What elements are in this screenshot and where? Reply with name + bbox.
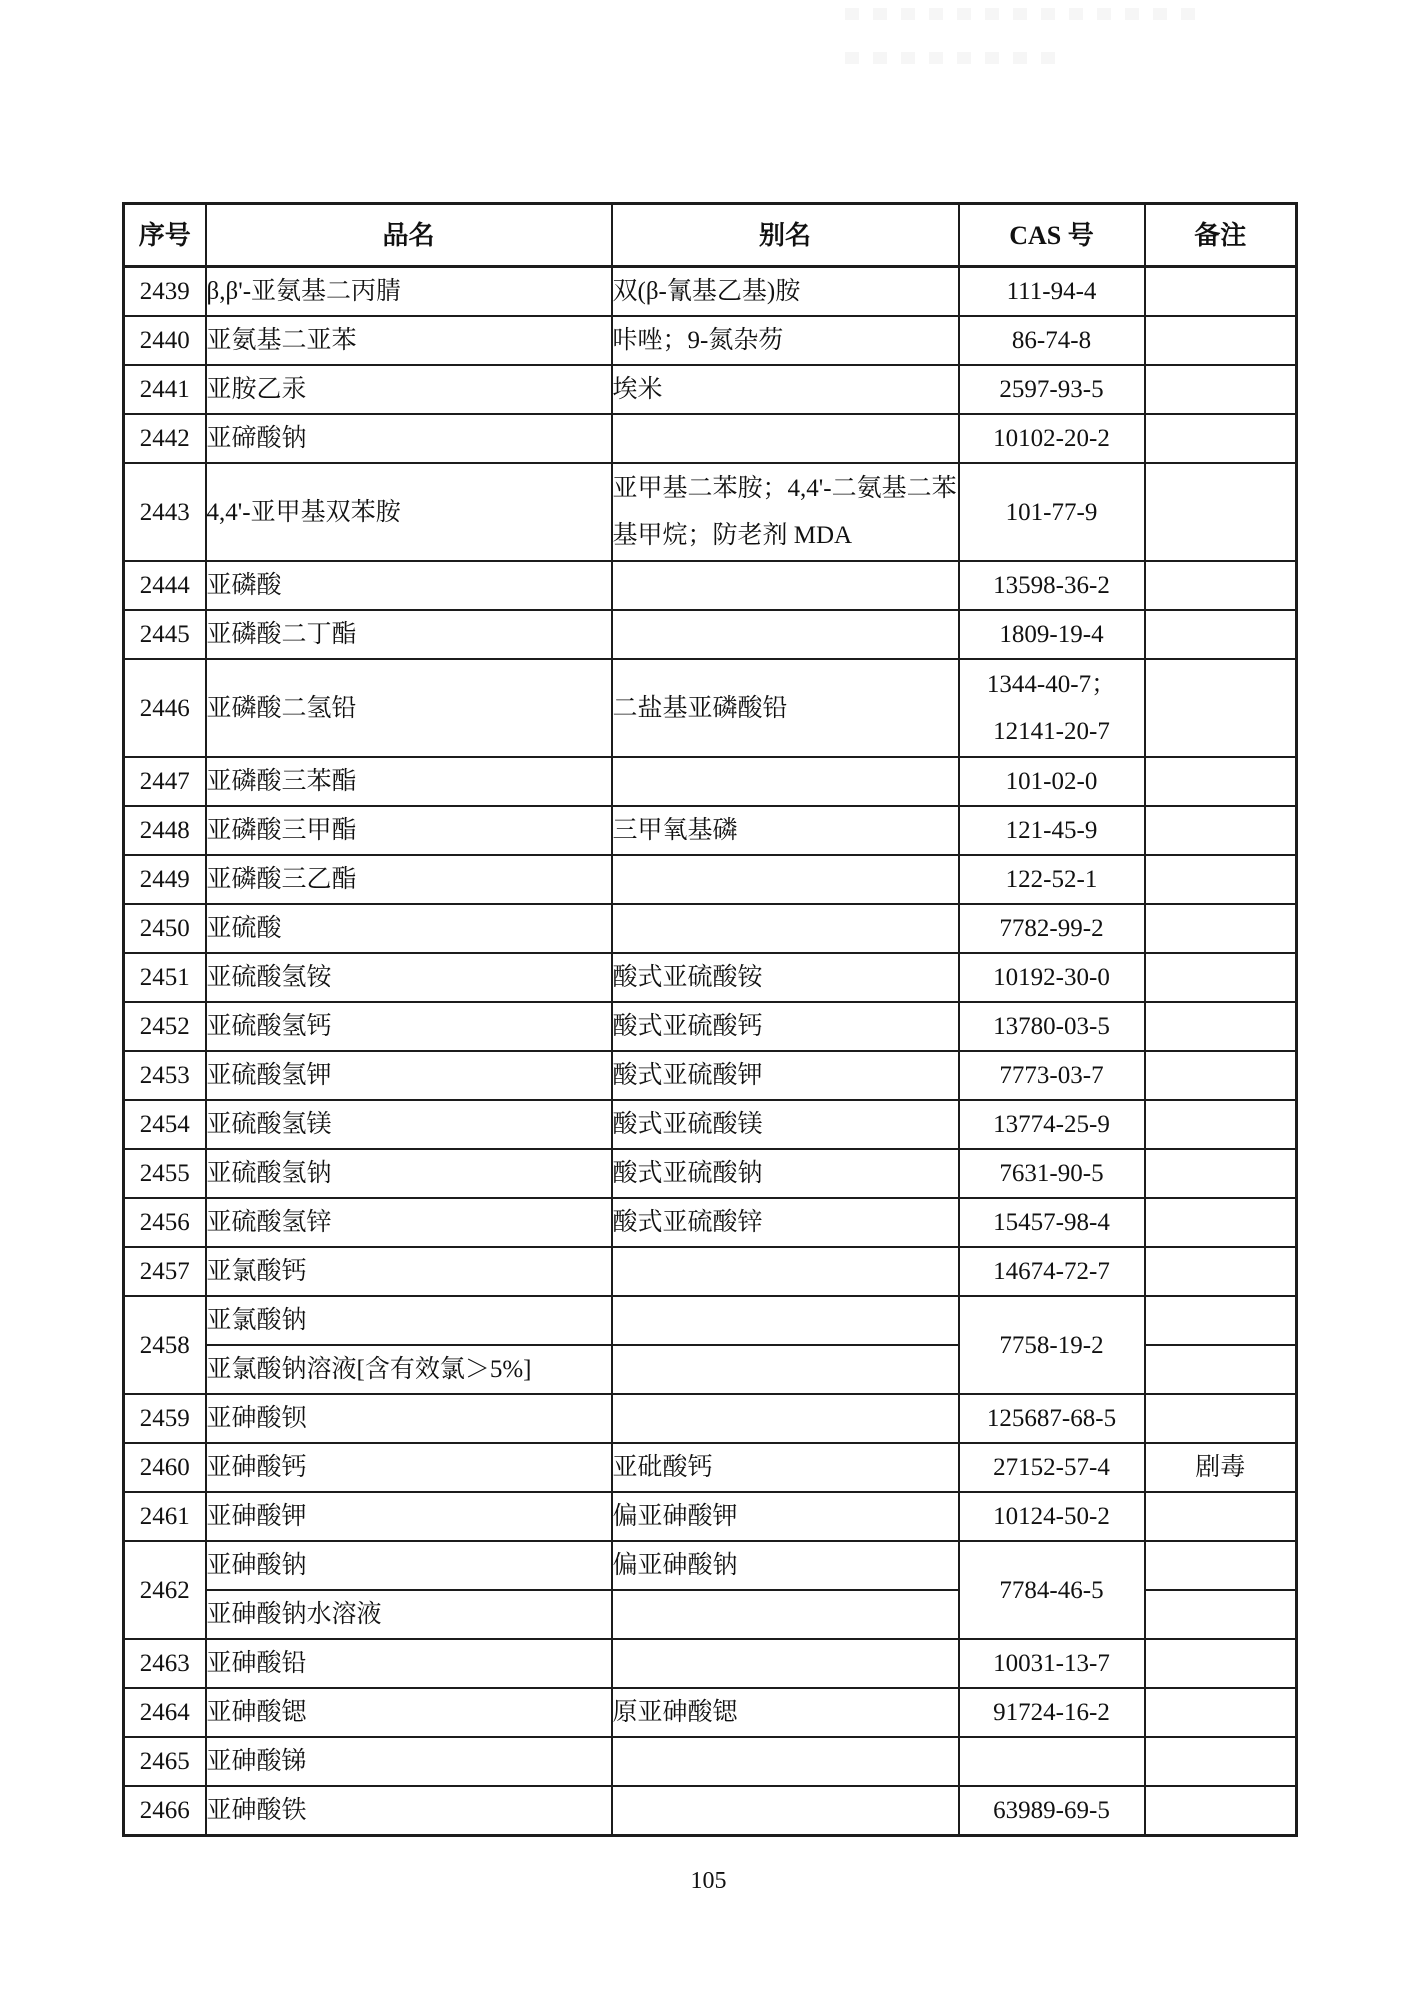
cell-alias [612, 1786, 959, 1836]
cell-alias [612, 1590, 959, 1639]
table-row: 2441亚胺乙汞埃米2597-93-5 [124, 365, 1297, 414]
faint-watermark [845, 8, 1215, 64]
table-row: 2450亚硫酸7782-99-2 [124, 904, 1297, 953]
cell-no: 2455 [124, 1149, 206, 1198]
cell-no: 2462 [124, 1541, 206, 1639]
cell-name: 亚磷酸三苯酯 [206, 757, 612, 806]
header-cell-cas: CAS 号 [959, 204, 1145, 267]
cell-alias: 双(β-氰基乙基)胺 [612, 267, 959, 317]
cell-cas: 86-74-8 [959, 316, 1145, 365]
cell-alias [612, 1639, 959, 1688]
cell-alias [612, 904, 959, 953]
cell-name: β,β'-亚氨基二丙腈 [206, 267, 612, 317]
page-number: 105 [122, 1868, 1295, 1895]
cell-name: 亚砷酸钙 [206, 1443, 612, 1492]
table-row: 2442亚碲酸钠10102-20-2 [124, 414, 1297, 463]
cell-no: 2457 [124, 1247, 206, 1296]
table-row: 2456亚硫酸氢锌酸式亚硫酸锌15457-98-4 [124, 1198, 1297, 1247]
table-row: 24434,4'-亚甲基双苯胺亚甲基二苯胺；4,4'-二氨基二苯 基甲烷；防老剂… [124, 463, 1297, 561]
cell-no: 2441 [124, 365, 206, 414]
cell-note [1145, 757, 1297, 806]
cell-alias [612, 855, 959, 904]
cell-alias: 亚砒酸钙 [612, 1443, 959, 1492]
cell-no: 2443 [124, 463, 206, 561]
table-row: 2459亚砷酸钡125687-68-5 [124, 1394, 1297, 1443]
cell-cas: 1344-40-7； 12141-20-7 [959, 659, 1145, 757]
cell-cas: 125687-68-5 [959, 1394, 1145, 1443]
table-row: 2449亚磷酸三乙酯122-52-1 [124, 855, 1297, 904]
cell-note [1145, 659, 1297, 757]
table-row: 2464亚砷酸锶原亚砷酸锶91724-16-2 [124, 1688, 1297, 1737]
cell-note [1145, 1296, 1297, 1345]
cell-note [1145, 1149, 1297, 1198]
cell-alias [612, 561, 959, 610]
cell-name: 亚氯酸钠溶液[含有效氯＞5%] [206, 1345, 612, 1394]
cell-note [1145, 1541, 1297, 1590]
cell-note [1145, 365, 1297, 414]
table-row: 2451亚硫酸氢铵酸式亚硫酸铵10192-30-0 [124, 953, 1297, 1002]
cell-alias: 原亚砷酸锶 [612, 1688, 959, 1737]
cell-no: 2439 [124, 267, 206, 317]
cell-no: 2465 [124, 1737, 206, 1786]
table-row: 2452亚硫酸氢钙酸式亚硫酸钙13780-03-5 [124, 1002, 1297, 1051]
table-row: 2460亚砷酸钙亚砒酸钙27152-57-4剧毒 [124, 1443, 1297, 1492]
header-cell-name: 品名 [206, 204, 612, 267]
cell-cas: 101-77-9 [959, 463, 1145, 561]
cell-alias: 亚甲基二苯胺；4,4'-二氨基二苯 基甲烷；防老剂 MDA [612, 463, 959, 561]
cell-alias [612, 1296, 959, 1345]
header-cell-alias: 别名 [612, 204, 959, 267]
cell-no: 2451 [124, 953, 206, 1002]
cell-name: 亚砷酸钡 [206, 1394, 612, 1443]
table-row: 2458亚氯酸钠7758-19-2 [124, 1296, 1297, 1345]
header-row: 序号品名别名CAS 号备注 [124, 204, 1297, 267]
cell-cas: 10124-50-2 [959, 1492, 1145, 1541]
cell-note [1145, 806, 1297, 855]
cell-alias: 三甲氧基磷 [612, 806, 959, 855]
cell-no: 2446 [124, 659, 206, 757]
cell-alias: 埃米 [612, 365, 959, 414]
document-page: 序号品名别名CAS 号备注 2439β,β'-亚氨基二丙腈双(β-氰基乙基)胺1… [0, 0, 1413, 2000]
cell-note [1145, 316, 1297, 365]
cell-cas: 122-52-1 [959, 855, 1145, 904]
chemicals-table: 序号品名别名CAS 号备注 2439β,β'-亚氨基二丙腈双(β-氰基乙基)胺1… [122, 202, 1298, 1837]
table-row: 2447亚磷酸三苯酯101-02-0 [124, 757, 1297, 806]
cell-no: 2440 [124, 316, 206, 365]
table-row: 2462亚砷酸钠偏亚砷酸钠7784-46-5 [124, 1541, 1297, 1590]
cell-note [1145, 904, 1297, 953]
cell-name: 亚硫酸氢镁 [206, 1100, 612, 1149]
cell-note [1145, 855, 1297, 904]
cell-no: 2452 [124, 1002, 206, 1051]
cell-cas: 14674-72-7 [959, 1247, 1145, 1296]
cell-name: 亚砷酸锶 [206, 1688, 612, 1737]
cell-no: 2450 [124, 904, 206, 953]
cell-cas: 13780-03-5 [959, 1002, 1145, 1051]
cell-name: 亚硫酸氢钙 [206, 1002, 612, 1051]
cell-cas: 111-94-4 [959, 267, 1145, 317]
cell-no: 2453 [124, 1051, 206, 1100]
cell-cas: 91724-16-2 [959, 1688, 1145, 1737]
cell-note [1145, 1639, 1297, 1688]
cell-no: 2458 [124, 1296, 206, 1394]
cell-note [1145, 1492, 1297, 1541]
table-row: 2448亚磷酸三甲酯三甲氧基磷121-45-9 [124, 806, 1297, 855]
table-row: 2440亚氨基二亚苯咔唑；9-氮杂芴86-74-8 [124, 316, 1297, 365]
cell-cas: 13774-25-9 [959, 1100, 1145, 1149]
cell-no: 2449 [124, 855, 206, 904]
cell-no: 2459 [124, 1394, 206, 1443]
cell-note [1145, 1688, 1297, 1737]
cell-alias: 酸式亚硫酸锌 [612, 1198, 959, 1247]
cell-note [1145, 1198, 1297, 1247]
cell-cas: 15457-98-4 [959, 1198, 1145, 1247]
cell-no: 2448 [124, 806, 206, 855]
cell-no: 2445 [124, 610, 206, 659]
cell-name: 亚氯酸钠 [206, 1296, 612, 1345]
cell-name: 亚胺乙汞 [206, 365, 612, 414]
cell-alias [612, 414, 959, 463]
cell-cas [959, 1737, 1145, 1786]
table-row: 2466亚砷酸铁63989-69-5 [124, 1786, 1297, 1836]
cell-note [1145, 1394, 1297, 1443]
cell-cas: 2597-93-5 [959, 365, 1145, 414]
cell-no: 2460 [124, 1443, 206, 1492]
cell-cas: 7758-19-2 [959, 1296, 1145, 1394]
cell-cas: 10192-30-0 [959, 953, 1145, 1002]
cell-name: 4,4'-亚甲基双苯胺 [206, 463, 612, 561]
cell-cas: 10102-20-2 [959, 414, 1145, 463]
cell-alias: 酸式亚硫酸钠 [612, 1149, 959, 1198]
table-row: 2455亚硫酸氢钠酸式亚硫酸钠7631-90-5 [124, 1149, 1297, 1198]
header-cell-note: 备注 [1145, 204, 1297, 267]
cell-name: 亚硫酸氢锌 [206, 1198, 612, 1247]
cell-alias [612, 1737, 959, 1786]
cell-cas: 7784-46-5 [959, 1541, 1145, 1639]
cell-cas: 7773-03-7 [959, 1051, 1145, 1100]
cell-no: 2442 [124, 414, 206, 463]
cell-name: 亚磷酸二丁酯 [206, 610, 612, 659]
cell-name: 亚氯酸钙 [206, 1247, 612, 1296]
cell-name: 亚氨基二亚苯 [206, 316, 612, 365]
table-header: 序号品名别名CAS 号备注 [124, 204, 1297, 267]
cell-name: 亚砷酸锑 [206, 1737, 612, 1786]
cell-name: 亚硫酸氢钾 [206, 1051, 612, 1100]
cell-name: 亚砷酸铅 [206, 1639, 612, 1688]
cell-cas: 63989-69-5 [959, 1786, 1145, 1836]
cell-name: 亚砷酸钠 [206, 1541, 612, 1590]
cell-no: 2444 [124, 561, 206, 610]
cell-alias [612, 757, 959, 806]
cell-name: 亚砷酸钾 [206, 1492, 612, 1541]
cell-note: 剧毒 [1145, 1443, 1297, 1492]
table-row: 2465亚砷酸锑 [124, 1737, 1297, 1786]
cell-name: 亚硫酸氢钠 [206, 1149, 612, 1198]
cell-name: 亚碲酸钠 [206, 414, 612, 463]
cell-alias: 咔唑；9-氮杂芴 [612, 316, 959, 365]
table-row: 2444亚磷酸13598-36-2 [124, 561, 1297, 610]
cell-alias: 酸式亚硫酸钾 [612, 1051, 959, 1100]
cell-alias [612, 1345, 959, 1394]
cell-note [1145, 1051, 1297, 1100]
cell-note [1145, 414, 1297, 463]
cell-note [1145, 267, 1297, 317]
cell-name: 亚磷酸三乙酯 [206, 855, 612, 904]
header-cell-no: 序号 [124, 204, 206, 267]
cell-note [1145, 1590, 1297, 1639]
cell-cas: 13598-36-2 [959, 561, 1145, 610]
table-row: 2453亚硫酸氢钾酸式亚硫酸钾7773-03-7 [124, 1051, 1297, 1100]
cell-name: 亚磷酸三甲酯 [206, 806, 612, 855]
table-row: 2457亚氯酸钙14674-72-7 [124, 1247, 1297, 1296]
cell-cas: 10031-13-7 [959, 1639, 1145, 1688]
cell-note [1145, 610, 1297, 659]
cell-note [1145, 463, 1297, 561]
cell-cas: 7631-90-5 [959, 1149, 1145, 1198]
cell-note [1145, 1247, 1297, 1296]
cell-name: 亚磷酸二氢铅 [206, 659, 612, 757]
table-row: 2439β,β'-亚氨基二丙腈双(β-氰基乙基)胺111-94-4 [124, 267, 1297, 317]
cell-name: 亚硫酸 [206, 904, 612, 953]
cell-alias [612, 1247, 959, 1296]
cell-no: 2466 [124, 1786, 206, 1836]
table-row: 2463亚砷酸铅10031-13-7 [124, 1639, 1297, 1688]
table-row: 2445亚磷酸二丁酯1809-19-4 [124, 610, 1297, 659]
table-row: 2461亚砷酸钾偏亚砷酸钾10124-50-2 [124, 1492, 1297, 1541]
cell-alias: 酸式亚硫酸镁 [612, 1100, 959, 1149]
cell-no: 2456 [124, 1198, 206, 1247]
cell-alias: 酸式亚硫酸铵 [612, 953, 959, 1002]
cell-name: 亚硫酸氢铵 [206, 953, 612, 1002]
table-row: 2454亚硫酸氢镁酸式亚硫酸镁13774-25-9 [124, 1100, 1297, 1149]
cell-note [1145, 561, 1297, 610]
cell-alias [612, 1394, 959, 1443]
table-row: 2446亚磷酸二氢铅二盐基亚磷酸铅1344-40-7； 12141-20-7 [124, 659, 1297, 757]
cell-note [1145, 1100, 1297, 1149]
cell-alias: 偏亚砷酸钠 [612, 1541, 959, 1590]
cell-alias: 酸式亚硫酸钙 [612, 1002, 959, 1051]
cell-note [1145, 1345, 1297, 1394]
cell-name: 亚砷酸钠水溶液 [206, 1590, 612, 1639]
cell-name: 亚砷酸铁 [206, 1786, 612, 1836]
cell-cas: 27152-57-4 [959, 1443, 1145, 1492]
cell-alias [612, 610, 959, 659]
table-body: 2439β,β'-亚氨基二丙腈双(β-氰基乙基)胺111-94-42440亚氨基… [124, 267, 1297, 1836]
cell-cas: 1809-19-4 [959, 610, 1145, 659]
cell-name: 亚磷酸 [206, 561, 612, 610]
cell-alias: 偏亚砷酸钾 [612, 1492, 959, 1541]
cell-no: 2463 [124, 1639, 206, 1688]
cell-no: 2447 [124, 757, 206, 806]
cell-note [1145, 1737, 1297, 1786]
cell-cas: 101-02-0 [959, 757, 1145, 806]
cell-cas: 121-45-9 [959, 806, 1145, 855]
cell-alias: 二盐基亚磷酸铅 [612, 659, 959, 757]
cell-no: 2461 [124, 1492, 206, 1541]
cell-note [1145, 1002, 1297, 1051]
cell-no: 2454 [124, 1100, 206, 1149]
cell-cas: 7782-99-2 [959, 904, 1145, 953]
cell-note [1145, 953, 1297, 1002]
cell-note [1145, 1786, 1297, 1836]
cell-no: 2464 [124, 1688, 206, 1737]
